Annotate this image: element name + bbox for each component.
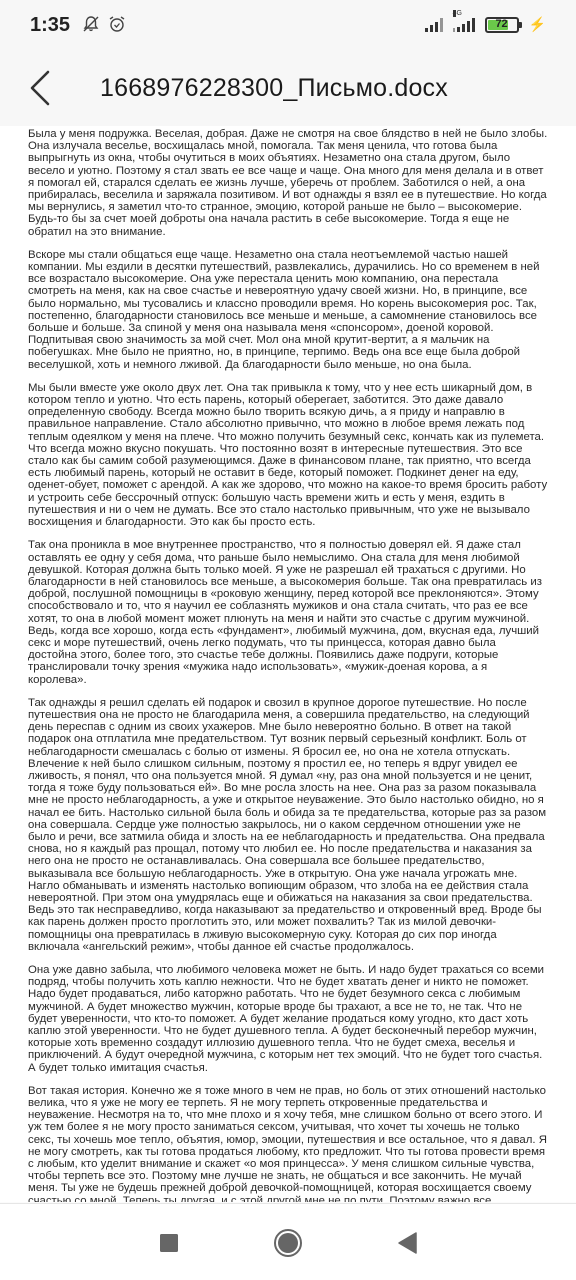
paragraph: Вот такая история. Конечно же я тоже мно…: [28, 1085, 548, 1202]
signal-icon: [425, 18, 443, 32]
back-button[interactable]: [22, 64, 62, 112]
charging-icon: ⚡: [529, 16, 546, 33]
status-icons-right: 4G 72 ⚡: [425, 16, 546, 33]
status-bar: 1:35 4G 72 ⚡: [0, 0, 576, 50]
back-nav-button[interactable]: [392, 1228, 422, 1258]
battery-icon: 72: [485, 17, 519, 33]
paragraph: Мы были вместе уже около двух лет. Она т…: [28, 382, 548, 528]
triangle-back-icon: [396, 1231, 418, 1255]
document-viewer[interactable]: Была у меня подружка. Веселая, добрая. Д…: [0, 126, 576, 1202]
document-page: Была у меня подружка. Веселая, добрая. Д…: [0, 126, 576, 1202]
system-nav-bar: [0, 1203, 576, 1280]
circle-icon: [273, 1228, 303, 1258]
battery-percent: 72: [487, 18, 517, 30]
network-label: 4G: [453, 10, 456, 17]
paragraph: Она уже давно забыла, что любимого челов…: [28, 964, 548, 1074]
paragraph: Так однажды я решил сделать ей подарок и…: [28, 697, 548, 953]
app-header: 1668976228300_Письмо.docx: [0, 50, 576, 126]
chevron-left-icon: [22, 64, 62, 112]
status-time: 1:35: [30, 14, 70, 37]
paragraph: Так она проникла в мое внутреннее простр…: [28, 539, 548, 685]
home-button[interactable]: [273, 1228, 303, 1258]
notifications-muted-icon: [82, 15, 100, 38]
signal-4g-icon: 4G: [453, 18, 475, 32]
document-title: 1668976228300_Письмо.docx: [100, 74, 448, 103]
recents-button[interactable]: [154, 1228, 184, 1258]
paragraph: Вскоре мы стали общаться еще чаще. Незам…: [28, 249, 548, 371]
alarm-icon: [108, 15, 126, 38]
status-icons-left: [82, 15, 126, 38]
square-icon: [159, 1233, 179, 1253]
paragraph: Была у меня подружка. Веселая, добрая. Д…: [28, 128, 548, 238]
